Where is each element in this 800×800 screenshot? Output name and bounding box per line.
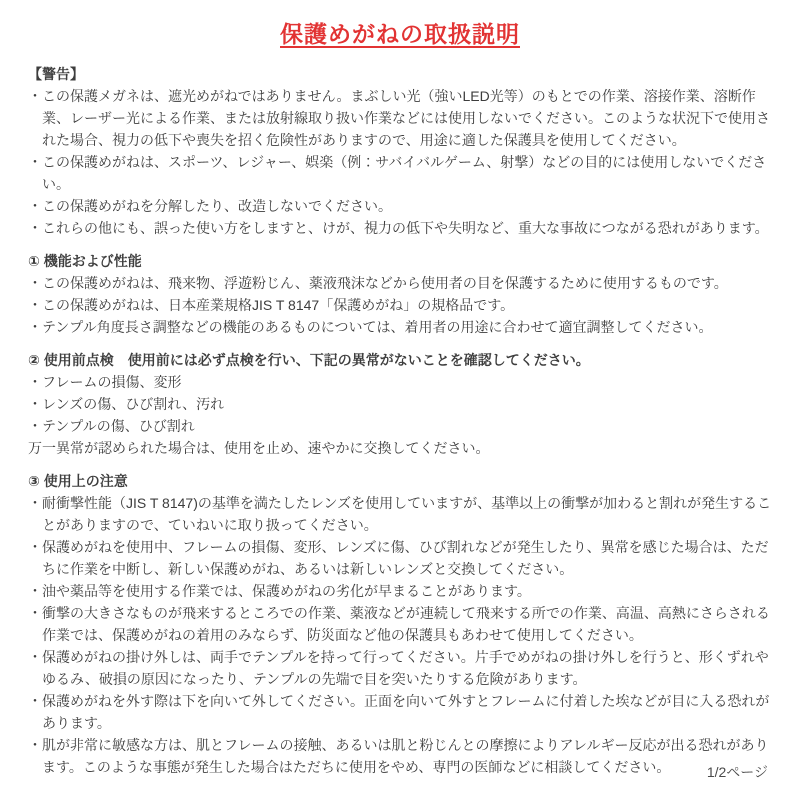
bullet-item: ・耐衝撃性能（JIS T 8147)の基準を満たしたレンズを使用していますが、基… bbox=[28, 492, 772, 536]
bullet-marker: ・ bbox=[28, 220, 42, 236]
section-features: ① 機能および性能 ・この保護めがねは、飛来物、浮遊粉じん、薬液飛沫などから使用… bbox=[28, 250, 772, 338]
warning-heading: 【警告】 bbox=[28, 63, 772, 85]
bullet-text: 肌が非常に敏感な方は、肌とフレームの接触、あるいは肌と粉じんとの摩擦によりアレル… bbox=[42, 737, 769, 775]
bullet-text: 耐衝撃性能（JIS T 8147)の基準を満たしたレンズを使用していますが、基準… bbox=[42, 495, 771, 533]
bullet-marker: ・ bbox=[28, 539, 42, 555]
bullet-text: 衝撃の大きさなものが飛来するところでの作業、薬液などが連続して飛来する所での作業… bbox=[42, 605, 770, 643]
bullet-text: テンプルの傷、ひび割れ bbox=[42, 418, 195, 434]
bullet-marker: ・ bbox=[28, 198, 42, 214]
document-page: 保護めがねの取扱説明 【警告】 ・この保護メガネは、遮光めがねではありません。ま… bbox=[0, 0, 800, 800]
bullet-item: ・テンプルの傷、ひび割れ bbox=[28, 415, 772, 437]
bullet-text: テンプル角度長さ調整などの機能のあるものについては、着用者の用途に合わせて適宜調… bbox=[42, 319, 712, 335]
bullet-marker: ・ bbox=[28, 605, 42, 621]
bullet-text: 保護めがねの掛け外しは、両手でテンプルを持って行ってください。片手でめがねの掛け… bbox=[42, 649, 769, 687]
bullet-item: ・この保護めがねは、スポーツ、レジャー、娯楽（例：サバイバルゲーム、射撃）などの… bbox=[28, 151, 772, 195]
bullet-text: この保護めがねは、日本産業規格JIS T 8147「保護めがね」の規格品です。 bbox=[42, 297, 514, 313]
bullet-item: ・この保護めがねは、飛来物、浮遊粉じん、薬液飛沫などから使用者の目を保護するため… bbox=[28, 272, 772, 294]
bullet-marker: ・ bbox=[28, 693, 42, 709]
bullet-item: ・保護めがねを使用中、フレームの損傷、変形、レンズに傷、ひび割れなどが発生したり… bbox=[28, 536, 772, 580]
bullet-item: ・油や薬品等を使用する作業では、保護めがねの劣化が早まることがあります。 bbox=[28, 580, 772, 602]
bullet-marker: ・ bbox=[28, 737, 42, 753]
bullet-item: ・肌が非常に敏感な方は、肌とフレームの接触、あるいは肌と粉じんとの摩擦によりアレ… bbox=[28, 734, 772, 778]
precautions-bullet-list: ・耐衝撃性能（JIS T 8147)の基準を満たしたレンズを使用していますが、基… bbox=[28, 492, 772, 778]
section-heading: ② 使用前点検 使用前には必ず点検を行い、下記の異常がないことを確認してください… bbox=[28, 349, 772, 371]
section-usage-precautions: ③ 使用上の注意 ・耐衝撃性能（JIS T 8147)の基準を満たしたレンズを使… bbox=[28, 470, 772, 778]
warning-section: 【警告】 ・この保護メガネは、遮光めがねではありません。まぶしい光（強いLED光… bbox=[28, 63, 772, 239]
bullet-marker: ・ bbox=[28, 495, 42, 511]
bullet-item: ・これらの他にも、誤った使い方をしますと、けが、視力の低下や失明など、重大な事故… bbox=[28, 217, 772, 239]
inspection-note: 万一異常が認められた場合は、使用を止め、速やかに交換してください。 bbox=[28, 437, 772, 459]
bullet-item: ・保護めがねを外す際は下を向いて外してください。正面を向いて外すとフレームに付着… bbox=[28, 690, 772, 734]
bullet-text: 保護めがねを外す際は下を向いて外してください。正面を向いて外すとフレームに付着し… bbox=[42, 693, 769, 731]
bullet-marker: ・ bbox=[28, 154, 42, 170]
bullet-marker: ・ bbox=[28, 88, 42, 104]
bullet-item: ・保護めがねの掛け外しは、両手でテンプルを持って行ってください。片手でめがねの掛… bbox=[28, 646, 772, 690]
inspection-bullet-list: ・フレームの損傷、変形 ・レンズの傷、ひび割れ、汚れ ・テンプルの傷、ひび割れ bbox=[28, 371, 772, 437]
bullet-text: この保護メガネは、遮光めがねではありません。まぶしい光（強いLED光等）のもとで… bbox=[42, 88, 770, 148]
bullet-item: ・この保護めがねを分解したり、改造しないでください。 bbox=[28, 195, 772, 217]
bullet-text: フレームの損傷、変形 bbox=[42, 374, 181, 390]
bullet-item: ・フレームの損傷、変形 bbox=[28, 371, 772, 393]
bullet-marker: ・ bbox=[28, 374, 42, 390]
document-body: 【警告】 ・この保護メガネは、遮光めがねではありません。まぶしい光（強いLED光… bbox=[28, 63, 772, 778]
warning-bullet-list: ・この保護メガネは、遮光めがねではありません。まぶしい光（強いLED光等）のもと… bbox=[28, 85, 772, 239]
bullet-marker: ・ bbox=[28, 275, 42, 291]
bullet-item: ・衝撃の大きさなものが飛来するところでの作業、薬液などが連続して飛来する所での作… bbox=[28, 602, 772, 646]
bullet-marker: ・ bbox=[28, 396, 42, 412]
section-heading: ③ 使用上の注意 bbox=[28, 470, 772, 492]
bullet-text: この保護めがねは、スポーツ、レジャー、娯楽（例：サバイバルゲーム、射撃）などの目… bbox=[42, 154, 766, 192]
features-bullet-list: ・この保護めがねは、飛来物、浮遊粉じん、薬液飛沫などから使用者の目を保護するため… bbox=[28, 272, 772, 338]
bullet-text: この保護めがねは、飛来物、浮遊粉じん、薬液飛沫などから使用者の目を保護するために… bbox=[42, 275, 728, 291]
section-heading: ① 機能および性能 bbox=[28, 250, 772, 272]
bullet-text: この保護めがねを分解したり、改造しないでください。 bbox=[42, 198, 392, 214]
bullet-text: 保護めがねを使用中、フレームの損傷、変形、レンズに傷、ひび割れなどが発生したり、… bbox=[42, 539, 769, 577]
section-pre-use-inspection: ② 使用前点検 使用前には必ず点検を行い、下記の異常がないことを確認してください… bbox=[28, 349, 772, 459]
bullet-marker: ・ bbox=[28, 297, 42, 313]
page-number: 1/2ページ bbox=[707, 762, 768, 782]
bullet-item: ・レンズの傷、ひび割れ、汚れ bbox=[28, 393, 772, 415]
bullet-text: これらの他にも、誤った使い方をしますと、けが、視力の低下や失明など、重大な事故に… bbox=[42, 220, 769, 236]
bullet-marker: ・ bbox=[28, 418, 42, 434]
bullet-item: ・この保護メガネは、遮光めがねではありません。まぶしい光（強いLED光等）のもと… bbox=[28, 85, 772, 151]
bullet-marker: ・ bbox=[28, 319, 42, 335]
bullet-marker: ・ bbox=[28, 583, 42, 599]
bullet-item: ・この保護めがねは、日本産業規格JIS T 8147「保護めがね」の規格品です。 bbox=[28, 294, 772, 316]
bullet-text: 油や薬品等を使用する作業では、保護めがねの劣化が早まることがあります。 bbox=[42, 583, 531, 599]
bullet-marker: ・ bbox=[28, 649, 42, 665]
bullet-item: ・テンプル角度長さ調整などの機能のあるものについては、着用者の用途に合わせて適宜… bbox=[28, 316, 772, 338]
page-title: 保護めがねの取扱説明 bbox=[28, 16, 772, 49]
bullet-text: レンズの傷、ひび割れ、汚れ bbox=[42, 396, 224, 412]
